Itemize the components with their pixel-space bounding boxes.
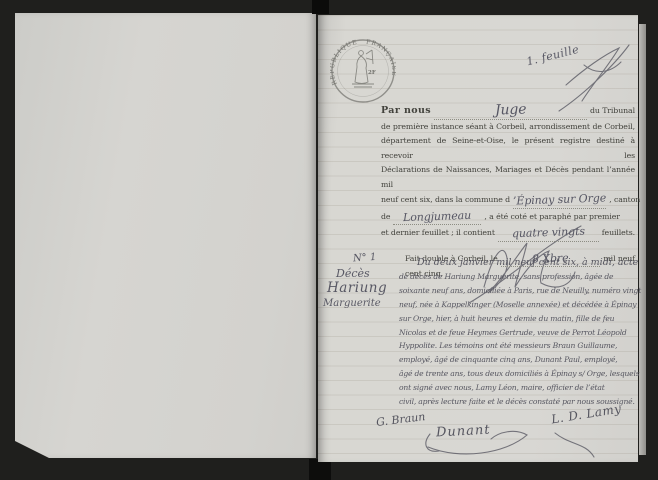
sheet-number-annotation: 1. feuille xyxy=(525,43,580,69)
act-line: neuf, née à Kappelkinger (Moselle annexé… xyxy=(399,298,635,312)
act-line: de décès de Hariung Marguerite, sans pro… xyxy=(399,270,635,284)
form-line-1: Par nous Juge du Tribunal xyxy=(381,102,635,120)
stamp-denomination: 2F xyxy=(368,70,376,76)
right-signature-tail xyxy=(555,433,594,457)
handwritten-judge-fill: Juge xyxy=(495,102,527,118)
form-line6-prefix: de xyxy=(381,210,390,225)
bookmark-tab-bottom xyxy=(309,459,331,480)
form-line6-suffix: , a été coté et paraphé par premier xyxy=(484,210,619,225)
form-line-6: de Longjumeau , a été coté et paraphé pa… xyxy=(381,209,635,226)
signature-witness-dunant: Dunant xyxy=(436,423,491,441)
deceased-firstname: Marguerite xyxy=(321,296,397,311)
page-stack-edge xyxy=(639,24,646,455)
form-line5-prefix: neuf cent six, dans la commune d xyxy=(381,193,510,208)
act-line: âgé de trente ans, tous deux domiciliés … xyxy=(399,367,635,381)
form-line7-prefix: et dernier feuillet ; il contient xyxy=(381,226,495,241)
form-line5-blank: ’Épinay sur Orge xyxy=(513,192,606,209)
act-line: Du deux janvier mil neuf cent six, à mid… xyxy=(399,256,635,270)
deceased-surname: Hariung xyxy=(321,281,397,296)
form-line-5: neuf cent six, dans la commune d ’Épinay… xyxy=(381,192,635,209)
act-line: sur Orge, hier, à huit heures et demie d… xyxy=(399,312,635,326)
stamp-seated-figure xyxy=(352,50,374,87)
margin-note: N° 1 Décès Hariung Marguerite xyxy=(321,251,397,311)
paraph-flourish-top-2 xyxy=(584,62,621,71)
printed-opening-formula: Par nous Juge du Tribunal de première in… xyxy=(381,102,635,282)
bookmark-tab-top xyxy=(312,0,329,14)
handwritten-canton-fill: Longjumeau xyxy=(403,209,472,226)
act-type-label: Décès xyxy=(321,266,397,281)
scanned-register-page: { "stamp": { "arc_left": "RÉPUBLIQUE", "… xyxy=(0,0,658,480)
act-line: ont signé avec nous, Lamy Léon, maire, o… xyxy=(399,381,635,395)
register-right-page: RÉPUBLIQUE FRANÇAISE 2F 1. feuille xyxy=(318,15,638,462)
act-line: soixante neuf ans, domiciliée à Paris, r… xyxy=(399,284,635,298)
act-line: Hyppolite. Les témoins ont été messieurs… xyxy=(399,339,635,353)
signature-witness-braun: G. Braun xyxy=(375,410,426,429)
republique-francaise-stamp: RÉPUBLIQUE FRANÇAISE 2F xyxy=(330,38,396,104)
form-line6-blank: Longjumeau xyxy=(393,209,481,226)
form-line1-blank: Juge xyxy=(434,102,587,120)
form-line-4: Déclarations de Naissances, Mariages et … xyxy=(381,163,635,192)
death-act-text: Du deux janvier mil neuf cent six, à mid… xyxy=(399,256,635,409)
act-line: Nicolas et de feue Heymes Gertrude, veuv… xyxy=(399,326,635,340)
blank-left-page xyxy=(15,13,316,458)
form-line1-suffix: du Tribunal xyxy=(590,104,635,119)
form-line-3: département de Seine-et-Oise, le présent… xyxy=(381,134,635,163)
form-line1-prefix: Par nous xyxy=(381,104,431,119)
handwritten-folios-fill: quatre vingts xyxy=(512,225,585,242)
act-line: employé, âgé de cinquante cinq ans, Duna… xyxy=(399,353,635,367)
form-line-7: et dernier feuillet ; il contient quatre… xyxy=(381,225,635,242)
stamp-arc-left-label: RÉPUBLIQUE xyxy=(330,39,358,86)
handwritten-commune-fill: ’Épinay sur Orge xyxy=(513,192,607,210)
form-line7-blank: quatre vingts xyxy=(498,225,599,242)
form-line5-suffix: , canton xyxy=(609,193,640,208)
form-line-2: de première instance séant à Corbeil, ar… xyxy=(381,120,635,135)
form-line7-suffix: feuillets. xyxy=(602,226,635,241)
